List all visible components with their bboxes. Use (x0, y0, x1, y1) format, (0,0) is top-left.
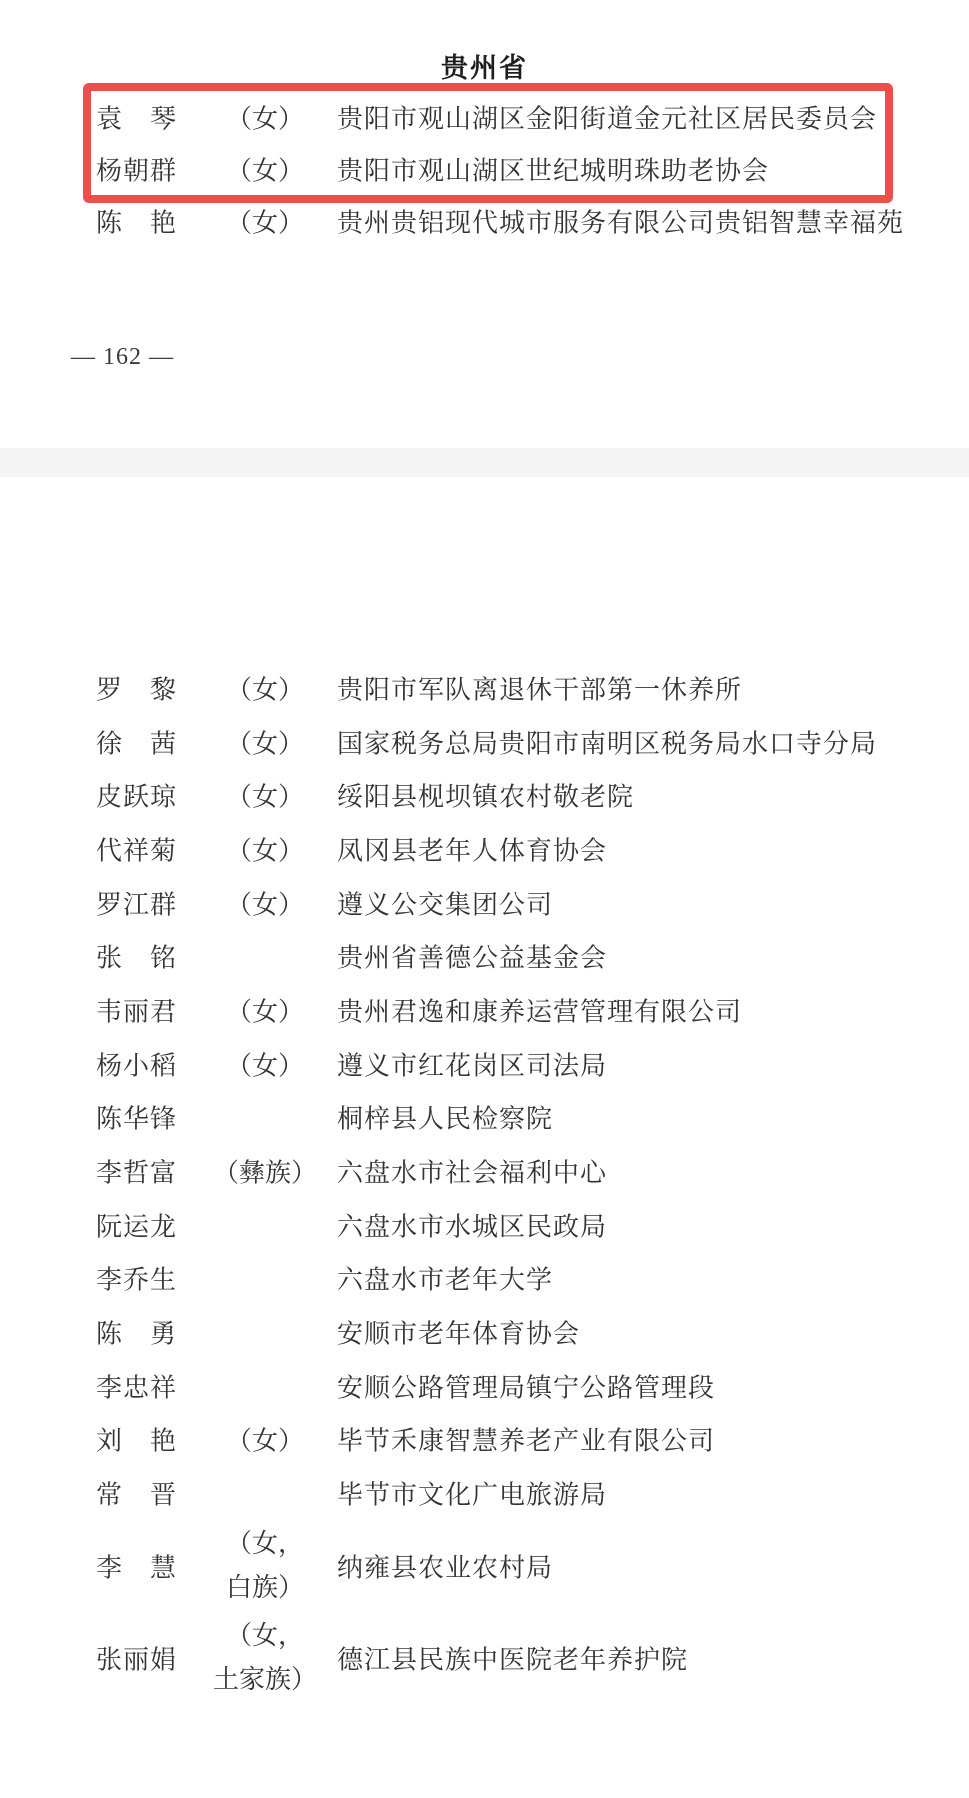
organization-name: 纳雍县农业农村局 (337, 1548, 553, 1585)
person-name: 李忠祥 (96, 1367, 176, 1404)
list-item: 陈艳（女）贵州贵铝现代城市服务有限公司贵铝智慧幸福苑 (0, 195, 969, 247)
gender-ethnicity-label: （女） (205, 151, 325, 188)
list-item: 代祥菊（女）凤冈县老年人体育协会 (0, 822, 969, 876)
person-name: 张铭 (96, 938, 176, 975)
gender-ethnicity-label: （女） (205, 203, 325, 240)
list-item: 罗黎（女）贵阳市军队离退休干部第一休养所 (0, 661, 969, 715)
person-name: 李慧 (96, 1548, 176, 1585)
gender-ethnicity-label: （女） (205, 884, 325, 921)
organization-name: 贵州省善德公益基金会 (337, 938, 607, 975)
person-name: 陈勇 (96, 1314, 176, 1351)
list-item: 张铭贵州省善德公益基金会 (0, 929, 969, 983)
list-item: 阮运龙六盘水市水城区民政局 (0, 1198, 969, 1252)
document-viewer: 贵州省 袁琴（女）贵阳市观山湖区金阳街道金元社区居民委员会杨朝群（女）贵阳市观山… (0, 0, 969, 1798)
organization-name: 贵州君逸和康养运营管理有限公司 (337, 991, 742, 1028)
page2-name-list: 罗黎（女）贵阳市军队离退休干部第一休养所徐茜（女）国家税务总局贵阳市南明区税务局… (0, 661, 969, 1704)
gender-ethnicity-label: （女） (205, 991, 325, 1028)
person-name: 徐茜 (96, 723, 176, 760)
organization-name: 绥阳县枧坝镇农村敬老院 (337, 777, 634, 814)
organization-name: 贵阳市观山湖区世纪城明珠助老协会 (337, 151, 769, 188)
list-item: 韦丽君（女）贵州君逸和康养运营管理有限公司 (0, 983, 969, 1037)
list-item: 杨小稻（女）遵义市红花岗区司法局 (0, 1037, 969, 1091)
person-name: 袁琴 (96, 99, 176, 136)
organization-name: 遵义市红花岗区司法局 (337, 1045, 607, 1082)
list-item: 陈华锋桐梓县人民检察院 (0, 1091, 969, 1145)
organization-name: 六盘水市老年大学 (337, 1260, 553, 1297)
person-name: 刘艳 (96, 1421, 176, 1458)
list-item: 李忠祥安顺公路管理局镇宁公路管理段 (0, 1359, 969, 1413)
page1-name-list: 袁琴（女）贵阳市观山湖区金阳街道金元社区居民委员会杨朝群（女）贵阳市观山湖区世纪… (0, 91, 969, 247)
province-header: 贵州省 (0, 46, 969, 85)
organization-name: 贵州贵铝现代城市服务有限公司贵铝智慧幸福苑 (337, 203, 904, 240)
gender-ethnicity-label: （女） (205, 723, 325, 760)
person-name: 张丽娟 (96, 1640, 176, 1677)
organization-name: 毕节禾康智慧养老产业有限公司 (337, 1421, 715, 1458)
organization-name: 凤冈县老年人体育协会 (337, 830, 607, 867)
list-item: 李慧（女，白族）纳雍县农业农村局 (0, 1520, 969, 1612)
person-name: 皮跃琼 (96, 777, 176, 814)
organization-name: 贵阳市军队离退休干部第一休养所 (337, 669, 742, 706)
list-item: 杨朝群（女）贵阳市观山湖区世纪城明珠助老协会 (0, 143, 969, 195)
person-name: 陈华锋 (96, 1099, 176, 1136)
person-name: 杨朝群 (96, 151, 176, 188)
organization-name: 遵义公交集团公司 (337, 884, 553, 921)
organization-name: 安顺市老年体育协会 (337, 1314, 580, 1351)
gender-ethnicity-label: （女） (205, 777, 325, 814)
person-name: 代祥菊 (96, 830, 176, 867)
page-2: 罗黎（女）贵阳市军队离退休干部第一休养所徐茜（女）国家税务总局贵阳市南明区税务局… (0, 477, 969, 1798)
organization-name: 德江县民族中医院老年养护院 (337, 1640, 688, 1677)
list-item: 罗江群（女）遵义公交集团公司 (0, 876, 969, 930)
gender-ethnicity-label: （女，土家族） (205, 1614, 325, 1702)
person-name: 李乔生 (96, 1260, 176, 1297)
gender-ethnicity-label: （女） (205, 99, 325, 136)
gender-ethnicity-label: （女，白族） (205, 1522, 325, 1610)
list-item: 李哲富（彝族）六盘水市社会福利中心 (0, 1144, 969, 1198)
person-name: 常晋 (96, 1475, 176, 1512)
person-name: 罗黎 (96, 669, 176, 706)
gender-ethnicity-label: （女） (205, 1045, 325, 1082)
gender-ethnicity-label: （女） (205, 669, 325, 706)
person-name: 李哲富 (96, 1153, 176, 1190)
list-item: 刘艳（女）毕节禾康智慧养老产业有限公司 (0, 1413, 969, 1467)
person-name: 杨小稻 (96, 1045, 176, 1082)
list-item: 李乔生六盘水市老年大学 (0, 1252, 969, 1306)
organization-name: 六盘水市社会福利中心 (337, 1153, 607, 1190)
page-separator (0, 448, 969, 477)
list-item: 常晋毕节市文化广电旅游局 (0, 1466, 969, 1520)
page-1: 贵州省 袁琴（女）贵阳市观山湖区金阳街道金元社区居民委员会杨朝群（女）贵阳市观山… (0, 0, 969, 448)
list-item: 张丽娟（女，土家族）德江县民族中医院老年养护院 (0, 1612, 969, 1704)
list-item: 皮跃琼（女）绥阳县枧坝镇农村敬老院 (0, 768, 969, 822)
gender-ethnicity-label: （彝族） (205, 1153, 325, 1190)
organization-name: 六盘水市水城区民政局 (337, 1206, 607, 1243)
person-name: 韦丽君 (96, 991, 176, 1028)
list-item: 袁琴（女）贵阳市观山湖区金阳街道金元社区居民委员会 (0, 91, 969, 143)
list-item: 徐茜（女）国家税务总局贵阳市南明区税务局水口寺分局 (0, 715, 969, 769)
gender-ethnicity-label: （女） (205, 1421, 325, 1458)
organization-name: 桐梓县人民检察院 (337, 1099, 553, 1136)
person-name: 阮运龙 (96, 1206, 176, 1243)
organization-name: 贵阳市观山湖区金阳街道金元社区居民委员会 (337, 99, 877, 136)
organization-name: 国家税务总局贵阳市南明区税务局水口寺分局 (337, 723, 877, 760)
gender-ethnicity-label: （女） (205, 830, 325, 867)
person-name: 罗江群 (96, 884, 176, 921)
person-name: 陈艳 (96, 203, 176, 240)
organization-name: 安顺公路管理局镇宁公路管理段 (337, 1367, 715, 1404)
page-number: — 162 — (71, 344, 174, 371)
list-item: 陈勇安顺市老年体育协会 (0, 1305, 969, 1359)
organization-name: 毕节市文化广电旅游局 (337, 1475, 607, 1512)
